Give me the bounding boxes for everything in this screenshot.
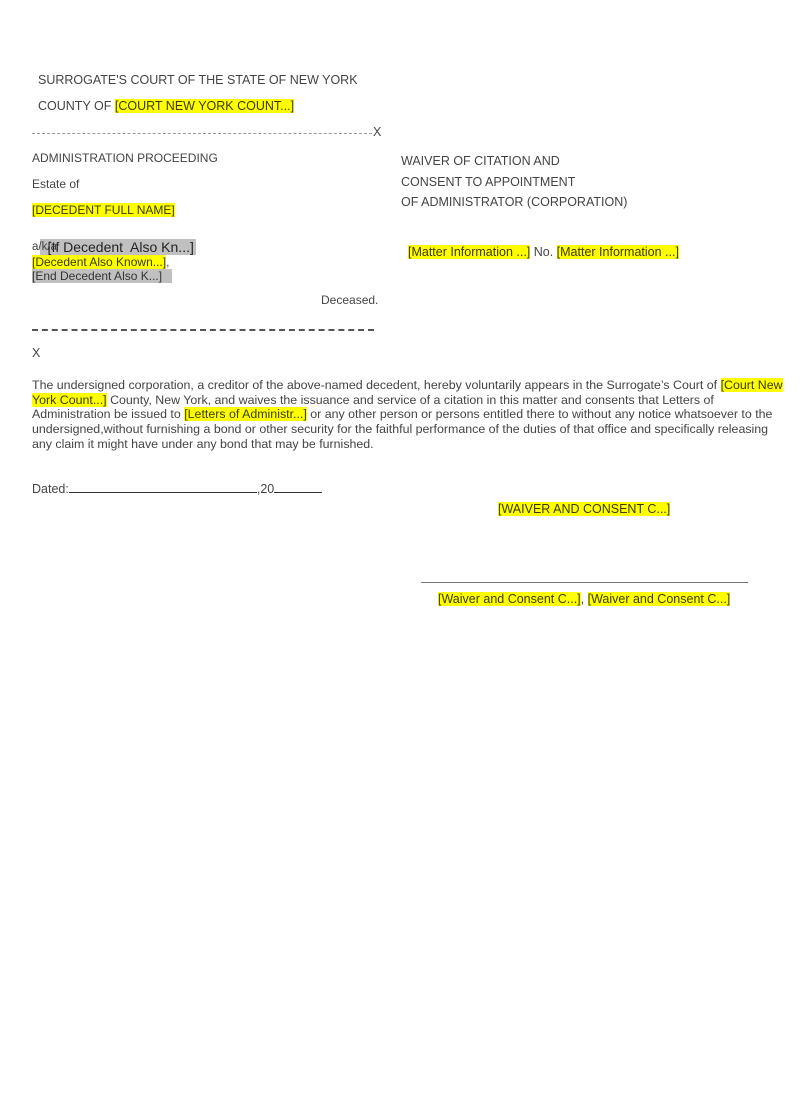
date-blank[interactable]	[69, 481, 257, 493]
deceased-label: Deceased.	[321, 293, 378, 307]
proceeding-label: ADMINISTRATION PROCEEDING	[32, 151, 218, 165]
if-aka-field[interactable]: [If Decedent Also Kn...]	[40, 239, 196, 255]
decedent-name-field[interactable]: [DECEDENT FULL NAME]	[32, 203, 175, 217]
decedent-name-field-wrap: [DECEDENT FULL NAME]	[32, 203, 175, 217]
doc-title-line-3: OF ADMINISTRATOR (CORPORATION)	[401, 195, 627, 209]
doc-title-line-2: CONSENT TO APPOINTMENT	[401, 175, 575, 189]
signer-line: [Waiver and Consent C...], [Waiver and C…	[438, 592, 730, 606]
corporation-name-field[interactable]: [WAIVER AND CONSENT C...]	[498, 502, 670, 516]
year-prefix: ,20	[257, 482, 274, 496]
aka-name-line: [Decedent Also Known...],	[32, 255, 169, 269]
body-text-1: The undersigned corporation, a creditor …	[32, 378, 721, 392]
estate-of-label: Estate of	[32, 177, 79, 191]
aka-comma: ,	[166, 255, 169, 269]
aka-name-field[interactable]: [Decedent Also Known...]	[32, 255, 166, 269]
matter-no-label: No.	[530, 245, 556, 259]
aka-label: a/k/a	[32, 241, 57, 253]
matter-line: [Matter Information ...] No. [Matter Inf…	[408, 245, 679, 259]
end-aka-field[interactable]: [End Decedent Also K...]	[32, 269, 172, 283]
caption-bottom-divider	[32, 329, 374, 331]
corporation-name-line: [WAIVER AND CONSENT C...]	[498, 502, 670, 516]
doc-title-line-1: WAIVER OF CITATION AND	[401, 154, 560, 168]
caption-top-divider	[32, 133, 372, 134]
dated-label: Dated:	[32, 482, 69, 496]
caption-top-x: X	[373, 125, 381, 139]
dated-line: Dated:,20	[32, 481, 322, 496]
year-blank[interactable]	[274, 481, 322, 493]
county-line: COUNTY OF [COURT NEW YORK COUNT...]	[38, 99, 294, 113]
signature-line[interactable]	[421, 582, 748, 583]
signer-separator: ,	[581, 592, 588, 606]
matter-field-2[interactable]: [Matter Information ...]	[557, 245, 679, 259]
caption-bottom-x: X	[32, 346, 40, 360]
waiver-paragraph: The undersigned corporation, a creditor …	[32, 378, 784, 452]
signer-field-1[interactable]: [Waiver and Consent C...]	[438, 592, 581, 606]
court-title: SURROGATE'S COURT OF THE STATE OF NEW YO…	[38, 73, 358, 87]
signer-field-2[interactable]: [Waiver and Consent C...]	[588, 592, 731, 606]
body-letters-field[interactable]: [Letters of Administr...]	[184, 407, 307, 421]
county-prefix: COUNTY OF	[38, 99, 115, 113]
matter-field-1[interactable]: [Matter Information ...]	[408, 245, 530, 259]
county-field[interactable]: [COURT NEW YORK COUNT...]	[115, 99, 294, 113]
end-aka-line: [End Decedent Also K...]	[32, 269, 172, 283]
